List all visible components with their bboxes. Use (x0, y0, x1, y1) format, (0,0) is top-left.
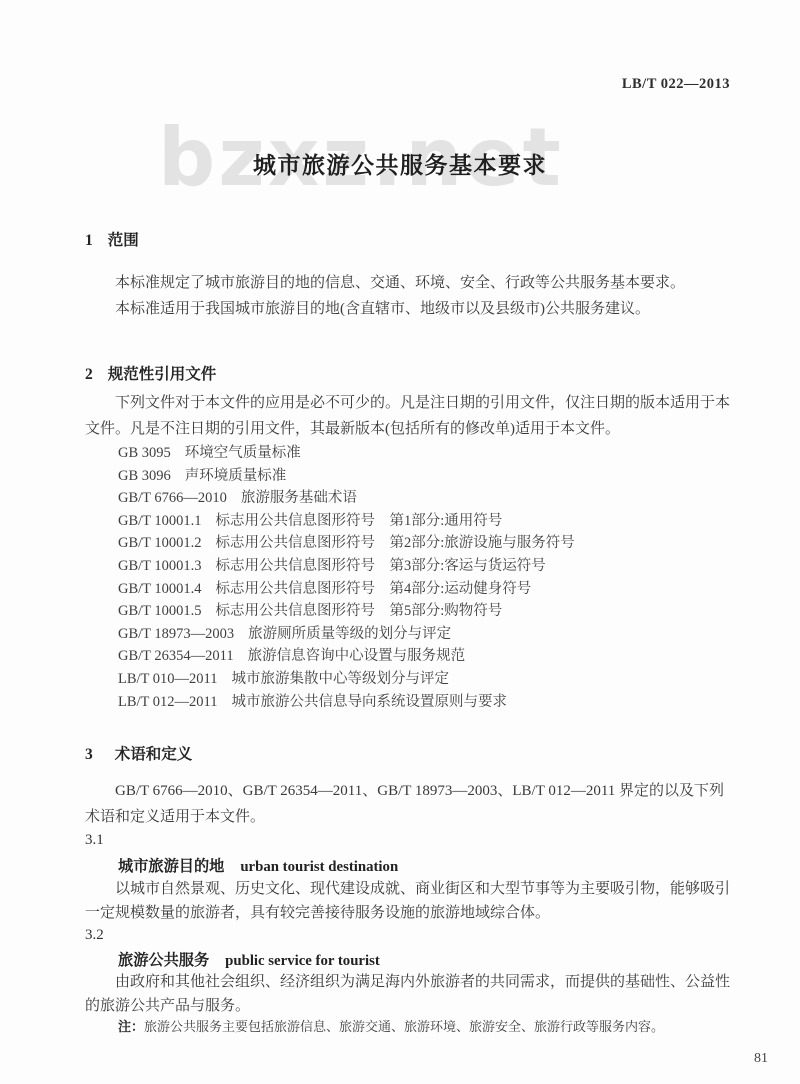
term-3-2-note: 注：旅游公共服务主要包括旅游信息、旅游交通、旅游环境、旅游安全、旅游行政等服务内… (85, 1016, 778, 1035)
reference-code: GB/T 10001.4 (118, 578, 202, 601)
term-3-2-number: 3.2 (85, 927, 104, 944)
reference-title: 旅游厕所质量等级的划分与评定 (248, 626, 451, 642)
section-2-number: 2 (85, 366, 93, 384)
section-1-paragraph-2: 本标准适用于我国城市旅游目的地(含直辖市、地级市以及县级市)公共服务建议。 (85, 296, 735, 322)
term-3-2-english: public service for tourist (225, 953, 380, 969)
term-3-2-heading: 旅游公共服务public service for tourist (85, 949, 768, 970)
reference-code: GB/T 10001.5 (118, 600, 202, 623)
term-3-1-chinese: 城市旅游目的地 (118, 858, 224, 875)
reference-row: GB/T 10001.1标志用公共信息图形符号 第1部分:通用符号 (118, 510, 778, 533)
reference-code: GB/T 10001.1 (118, 510, 202, 533)
reference-code: GB 3095 (118, 442, 171, 465)
normative-references-list: GB 3095环境空气质量标准 GB 3096声环境质量标准 GB/T 6766… (85, 442, 778, 713)
reference-row: GB/T 10001.2标志用公共信息图形符号 第2部分:旅游设施与服务符号 (118, 532, 778, 555)
page-number: 81 (754, 1051, 768, 1067)
note-text: 旅游公共服务主要包括旅游信息、旅游交通、旅游环境、旅游安全、旅游行政等服务内容。 (144, 1019, 664, 1034)
note-label: 注： (118, 1019, 144, 1034)
section-3-number: 3 (85, 746, 93, 764)
standard-code: LB/T 022—2013 (622, 76, 730, 93)
section-1-heading: 1范围 (85, 228, 735, 250)
reference-code: LB/T 012—2011 (118, 691, 218, 714)
reference-code: GB/T 6766—2010 (118, 487, 227, 510)
reference-title: 城市旅游集散中心等级划分与评定 (232, 671, 450, 687)
reference-title: 声环境质量标准 (185, 468, 287, 484)
reference-code: GB/T 10001.3 (118, 555, 202, 578)
section-2-heading: 2规范性引用文件 (85, 362, 735, 384)
term-3-1-definition: 以城市自然景观、历史文化、现代建设成就、商业街区和大型节事等为主要吸引物，能够吸… (85, 878, 735, 925)
reference-row: LB/T 012—2011城市旅游公共信息导向系统设置原则与要求 (118, 691, 778, 714)
reference-row: GB/T 10001.3标志用公共信息图形符号 第3部分:客运与货运符号 (118, 555, 778, 578)
reference-code: GB/T 26354—2011 (118, 645, 234, 668)
term-3-2-definition: 由政府和其他社会组织、经济组织为满足海内外旅游者的共同需求，而提供的基础性、公益… (85, 971, 735, 1018)
section-3-title: 术语和定义 (115, 746, 193, 763)
reference-title: 标志用公共信息图形符号 第3部分:客运与货运符号 (216, 558, 546, 574)
reference-row: GB/T 10001.4标志用公共信息图形符号 第4部分:运动健身符号 (118, 578, 778, 601)
reference-title: 标志用公共信息图形符号 第4部分:运动健身符号 (216, 581, 532, 597)
reference-title: 标志用公共信息图形符号 第2部分:旅游设施与服务符号 (216, 535, 575, 551)
reference-title: 标志用公共信息图形符号 第5部分:购物符号 (216, 603, 503, 619)
document-page: bzxz.net LB/T 022—2013 城市旅游公共服务基本要求 1范围 … (0, 0, 800, 1084)
reference-row: GB 3096声环境质量标准 (118, 465, 778, 488)
term-3-1-english: urban tourist destination (240, 859, 398, 875)
reference-row: GB/T 26354—2011旅游信息咨询中心设置与服务规范 (118, 645, 778, 668)
term-3-1-heading: 城市旅游目的地urban tourist destination (85, 855, 768, 876)
section-1-number: 1 (85, 232, 93, 250)
reference-title: 标志用公共信息图形符号 第1部分:通用符号 (216, 513, 503, 529)
document-title: 城市旅游公共服务基本要求 (0, 147, 800, 180)
reference-code: GB/T 18973—2003 (118, 623, 234, 646)
reference-code: GB 3096 (118, 465, 171, 488)
section-2-title: 规范性引用文件 (108, 366, 217, 383)
section-3-intro: GB/T 6766—2010、GB/T 26354—2011、GB/T 1897… (85, 778, 735, 830)
reference-title: 城市旅游公共信息导向系统设置原则与要求 (232, 694, 508, 710)
reference-row: GB/T 6766—2010旅游服务基础术语 (118, 487, 778, 510)
section-3-heading: 3术语和定义 (85, 742, 735, 764)
reference-title: 旅游信息咨询中心设置与服务规范 (248, 648, 466, 664)
reference-code: GB/T 10001.2 (118, 532, 202, 555)
reference-row: GB 3095环境空气质量标准 (118, 442, 778, 465)
reference-row: LB/T 010—2011城市旅游集散中心等级划分与评定 (118, 668, 778, 691)
section-1-title: 范围 (108, 232, 139, 249)
section-2-intro: 下列文件对于本文件的应用是必不可少的。凡是注日期的引用文件，仅注日期的版本适用于… (85, 390, 735, 442)
reference-row: GB/T 10001.5标志用公共信息图形符号 第5部分:购物符号 (118, 600, 778, 623)
reference-title: 环境空气质量标准 (185, 445, 301, 461)
section-1-paragraph-1: 本标准规定了城市旅游目的地的信息、交通、环境、安全、行政等公共服务基本要求。 (85, 270, 735, 296)
term-3-2-chinese: 旅游公共服务 (118, 952, 209, 969)
reference-code: LB/T 010—2011 (118, 668, 218, 691)
reference-row: GB/T 18973—2003旅游厕所质量等级的划分与评定 (118, 623, 778, 646)
reference-title: 旅游服务基础术语 (241, 490, 357, 506)
term-3-1-number: 3.1 (85, 832, 104, 849)
